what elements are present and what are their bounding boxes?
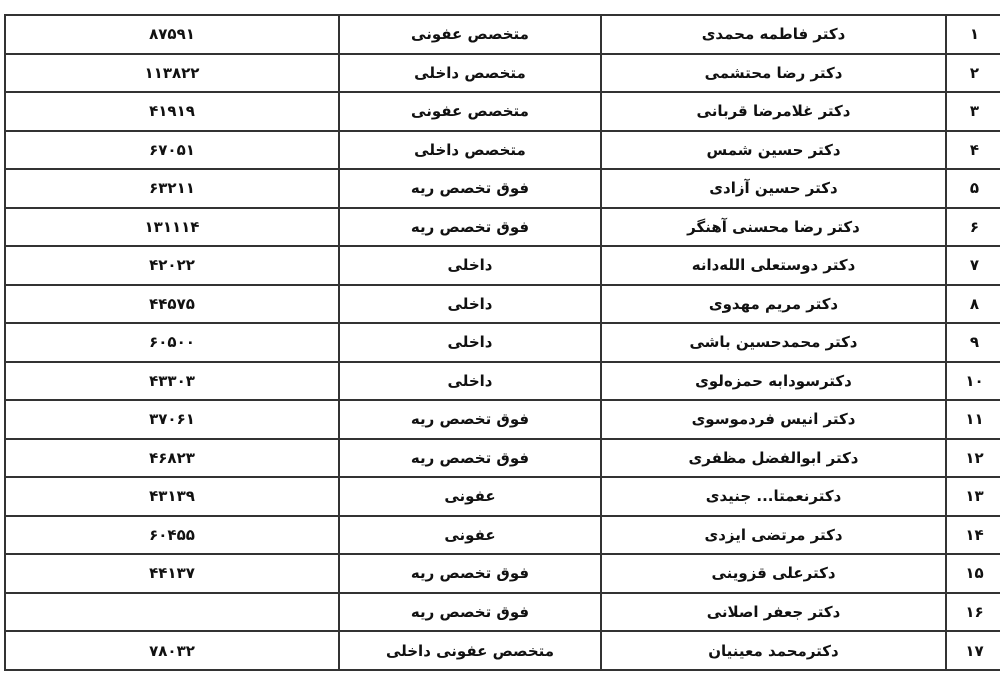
doctor-name-cell: دکتر حسین آزادی [601, 169, 946, 208]
code-cell: ۴۳۳۰۳ [5, 362, 339, 401]
row-number-cell: ۹ [946, 323, 1000, 362]
code-cell: ۴۳۱۳۹ [5, 477, 339, 516]
specialty-cell: فوق تخصص ریه [339, 208, 601, 247]
specialty-cell: عفونی [339, 516, 601, 555]
code-cell: ۸۷۵۹۱ [5, 15, 339, 54]
specialty-cell: داخلی [339, 362, 601, 401]
specialty-cell: فوق تخصص ریه [339, 554, 601, 593]
code-cell: ۴۴۵۷۵ [5, 285, 339, 324]
row-number-cell: ۱۷ [946, 631, 1000, 670]
specialty-cell: فوق تخصص ریه [339, 439, 601, 478]
doctor-name-cell: دکترمحمد معینیان [601, 631, 946, 670]
doctor-name-cell: دکتر رضا محسنی آهنگر [601, 208, 946, 247]
doctors-table-body: ۸۷۵۹۱ متخصص عفونی دکتر فاطمه محمدی ۱ ۱۱۳… [5, 15, 1000, 670]
specialty-cell: داخلی [339, 246, 601, 285]
table-row: ۷۸۰۳۲ متخصص عفونی داخلی دکترمحمد معینیان… [5, 631, 1000, 670]
table-row: ۴۴۱۳۷ فوق تخصص ریه دکترعلی قزوینی ۱۵ [5, 554, 1000, 593]
table-row: ۴۶۸۲۳ فوق تخصص ریه دکتر ابوالفضل مظفری ۱… [5, 439, 1000, 478]
code-cell: ۶۰۴۵۵ [5, 516, 339, 555]
doctor-name-cell: دکتر مریم مهدوی [601, 285, 946, 324]
row-number-cell: ۱۳ [946, 477, 1000, 516]
row-number-cell: ۷ [946, 246, 1000, 285]
row-number-cell: ۶ [946, 208, 1000, 247]
row-number-cell: ۴ [946, 131, 1000, 170]
row-number-cell: ۸ [946, 285, 1000, 324]
specialty-cell: داخلی [339, 285, 601, 324]
specialty-cell: متخصص داخلی [339, 131, 601, 170]
code-cell: ۶۷۰۵۱ [5, 131, 339, 170]
table-row: ۴۲۰۲۲ داخلی دکتر دوستعلی الله‌دانه ۷ [5, 246, 1000, 285]
table-row: ۴۱۹۱۹ متخصص عفونی دکتر غلامرضا قربانی ۳ [5, 92, 1000, 131]
table-row: ۱۱۳۸۲۲ متخصص داخلی دکتر رضا محتشمی ۲ [5, 54, 1000, 93]
code-cell: ۴۱۹۱۹ [5, 92, 339, 131]
table-row: ۶۷۰۵۱ متخصص داخلی دکتر حسین شمس ۴ [5, 131, 1000, 170]
code-cell: ۴۲۰۲۲ [5, 246, 339, 285]
row-number-cell: ۱۴ [946, 516, 1000, 555]
code-cell: ۴۴۱۳۷ [5, 554, 339, 593]
specialty-cell: متخصص داخلی [339, 54, 601, 93]
row-number-cell: ۲ [946, 54, 1000, 93]
table-row: ۱۳۱۱۱۴ فوق تخصص ریه دکتر رضا محسنی آهنگر… [5, 208, 1000, 247]
row-number-cell: ۳ [946, 92, 1000, 131]
doctor-name-cell: دکتر دوستعلی الله‌دانه [601, 246, 946, 285]
doctor-name-cell: دکتر ابوالفضل مظفری [601, 439, 946, 478]
doctor-name-cell: دکتر حسین شمس [601, 131, 946, 170]
code-cell: ۱۳۱۱۱۴ [5, 208, 339, 247]
row-number-cell: ۵ [946, 169, 1000, 208]
doctor-name-cell: دکتر مرتضی ایزدی [601, 516, 946, 555]
code-cell: ۴۶۸۲۳ [5, 439, 339, 478]
doctor-name-cell: دکتر رضا محتشمی [601, 54, 946, 93]
doctor-name-cell: دکتر انیس فردموسوی [601, 400, 946, 439]
specialty-cell: متخصص عفونی [339, 15, 601, 54]
row-number-cell: ۱۱ [946, 400, 1000, 439]
specialty-cell: عفونی [339, 477, 601, 516]
row-number-cell: ۱۲ [946, 439, 1000, 478]
table-row: ۶۰۵۰۰ داخلی دکتر محمدحسین باشی ۹ [5, 323, 1000, 362]
doctor-name-cell: دکتر جعفر اصلانی [601, 593, 946, 632]
row-number-cell: ۱۵ [946, 554, 1000, 593]
document-page: ۸۷۵۹۱ متخصص عفونی دکتر فاطمه محمدی ۱ ۱۱۳… [0, 0, 1000, 680]
specialty-cell: داخلی [339, 323, 601, 362]
doctor-name-cell: دکتر محمدحسین باشی [601, 323, 946, 362]
specialty-cell: فوق تخصص ریه [339, 169, 601, 208]
table-row: ۶۳۲۱۱ فوق تخصص ریه دکتر حسین آزادی ۵ [5, 169, 1000, 208]
table-row: ۶۰۴۵۵ عفونی دکتر مرتضی ایزدی ۱۴ [5, 516, 1000, 555]
table-row: فوق تخصص ریه دکتر جعفر اصلانی ۱۶ [5, 593, 1000, 632]
code-cell: ۶۰۵۰۰ [5, 323, 339, 362]
doctor-name-cell: دکترعلی قزوینی [601, 554, 946, 593]
code-cell: ۷۸۰۳۲ [5, 631, 339, 670]
doctor-name-cell: دکترسودابه حمزه‌لوی [601, 362, 946, 401]
table-row: ۸۷۵۹۱ متخصص عفونی دکتر فاطمه محمدی ۱ [5, 15, 1000, 54]
code-cell: ۳۷۰۶۱ [5, 400, 339, 439]
code-cell [5, 593, 339, 632]
doctors-table: ۸۷۵۹۱ متخصص عفونی دکتر فاطمه محمدی ۱ ۱۱۳… [4, 14, 1000, 671]
specialty-cell: متخصص عفونی [339, 92, 601, 131]
row-number-cell: ۱۶ [946, 593, 1000, 632]
table-row: ۴۳۱۳۹ عفونی دکترنعمتا... جنیدی ۱۳ [5, 477, 1000, 516]
doctor-name-cell: دکتر فاطمه محمدی [601, 15, 946, 54]
specialty-cell: متخصص عفونی داخلی [339, 631, 601, 670]
row-number-cell: ۱ [946, 15, 1000, 54]
doctor-name-cell: دکتر غلامرضا قربانی [601, 92, 946, 131]
code-cell: ۶۳۲۱۱ [5, 169, 339, 208]
row-number-cell: ۱۰ [946, 362, 1000, 401]
table-row: ۴۴۵۷۵ داخلی دکتر مریم مهدوی ۸ [5, 285, 1000, 324]
specialty-cell: فوق تخصص ریه [339, 400, 601, 439]
doctor-name-cell: دکترنعمتا... جنیدی [601, 477, 946, 516]
specialty-cell: فوق تخصص ریه [339, 593, 601, 632]
code-cell: ۱۱۳۸۲۲ [5, 54, 339, 93]
table-row: ۳۷۰۶۱ فوق تخصص ریه دکتر انیس فردموسوی ۱۱ [5, 400, 1000, 439]
table-row: ۴۳۳۰۳ داخلی دکترسودابه حمزه‌لوی ۱۰ [5, 362, 1000, 401]
